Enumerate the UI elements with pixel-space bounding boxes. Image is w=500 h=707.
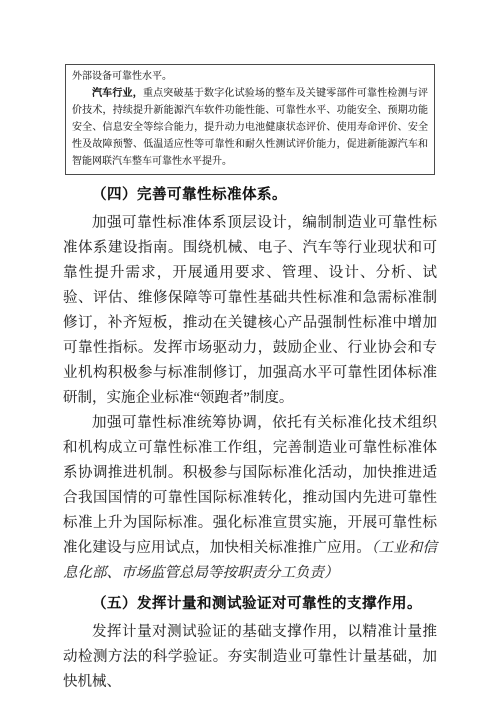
- box-auto-paragraph-body: 重点突破基于数字化试验场的整车及关键零部件可靠性检测与评价技术，持续提升新能源汽…: [72, 88, 428, 167]
- section-4-heading: （四）完善可靠性标准体系。: [63, 183, 437, 207]
- section-4-paragraph-2: 加强可靠性标准统筹协调，依托有关标准化技术组织和机构成立可靠性标准工作组，完善制…: [63, 411, 437, 586]
- document-content: 外部设备可靠性水平。 汽车行业，重点突破基于数字化试验场的整车及关键零部件可靠性…: [63, 64, 437, 695]
- box-auto-paragraph-lead: 汽车行业，: [92, 88, 143, 99]
- page-number: 7: [0, 651, 500, 663]
- section-4-paragraph-1: 加强可靠性标准体系顶层设计，编制制造业可靠性标准体系建设指南。围绕机械、电子、汽…: [63, 211, 437, 411]
- box-carryover-line: 外部设备可靠性水平。: [72, 68, 428, 85]
- document-page: 外部设备可靠性水平。 汽车行业，重点突破基于数字化试验场的整车及关键零部件可靠性…: [0, 0, 500, 707]
- box-auto-paragraph: 汽车行业，重点突破基于数字化试验场的整车及关键零部件可靠性检测与评价技术，持续提…: [72, 85, 428, 170]
- section-4-paragraph-2-text: 加强可靠性标准统筹协调，依托有关标准化技术组织和机构成立可靠性标准工作组，完善制…: [63, 415, 437, 556]
- carryover-text-box: 外部设备可靠性水平。 汽车行业，重点突破基于数字化试验场的整车及关键零部件可靠性…: [65, 64, 435, 175]
- section-5-heading: （五）发挥计量和测试验证对可靠性的支撑作用。: [63, 592, 437, 616]
